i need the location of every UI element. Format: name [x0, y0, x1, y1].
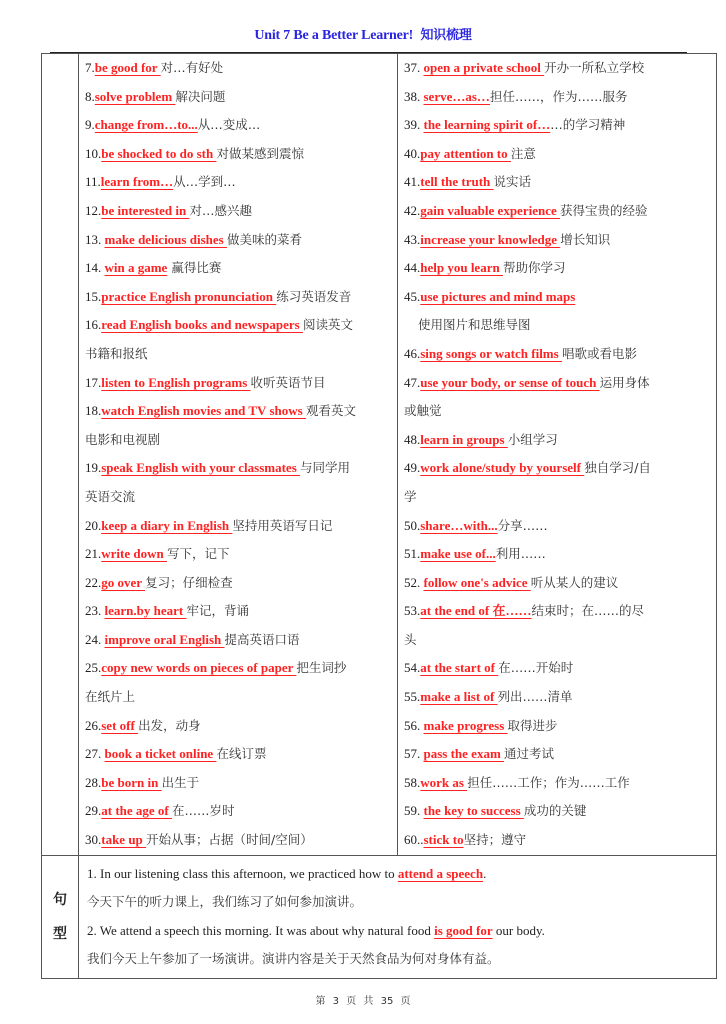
- phrase-item: 49.work alone/study by yourself 独自学习/自学: [404, 454, 712, 511]
- phrase-chinese: 坚持用英语写日记: [232, 518, 332, 533]
- phrase-number: 12.: [85, 203, 101, 218]
- phrase-english: set off: [101, 718, 138, 733]
- sentence-english: 2. We attend a speech this morning. It w…: [87, 917, 710, 946]
- phrase-number: 7.: [85, 60, 95, 75]
- phrase-chinese: 运用身体: [600, 375, 650, 390]
- phrase-chinese: 提高英语口语: [225, 632, 300, 647]
- phrase-english: watch English movies and TV shows: [101, 403, 306, 418]
- phrase-english: read English books and newspapers: [101, 317, 303, 332]
- phrase-item: 57. pass the exam 通过考试: [404, 740, 712, 769]
- phrase-item: 9.change from…to...从…变成…: [85, 111, 393, 140]
- phrase-number: 41.: [404, 174, 420, 189]
- phrase-chinese: 听从某人的建议: [531, 575, 619, 590]
- phrase-number: 57.: [404, 746, 424, 761]
- phrase-number: 49.: [404, 460, 420, 475]
- phrase-english: make a list of: [420, 689, 497, 704]
- phrase-english: at the start of: [420, 660, 498, 675]
- phrase-item: 41.tell the truth 说实话: [404, 168, 712, 197]
- phrase-number: 19.: [85, 460, 101, 475]
- phrase-item: 42.gain valuable experience 获得宝贵的经验: [404, 197, 712, 226]
- phrase-english: pass the exam: [424, 746, 505, 761]
- phrase-number: 17.: [85, 375, 101, 390]
- phrase-english: make progress: [424, 718, 508, 733]
- phrase-english: make use of...: [420, 546, 495, 561]
- phrase-item: 38. serve…as…担任……，作为……服务: [404, 83, 712, 112]
- phrase-item: 37. open a private school 开办一所私立学校: [404, 54, 712, 83]
- phrase-english: be interested in: [101, 203, 189, 218]
- phrase-english: serve…as…: [424, 89, 490, 104]
- phrase-number: 25.: [85, 660, 101, 675]
- phrase-item: 19.speak English with your classmates 与同…: [85, 454, 393, 511]
- phrase-number: 46.: [404, 346, 420, 361]
- phrase-item: 51.make use of...利用……: [404, 540, 712, 569]
- phrase-item: 8.solve problem 解决问题: [85, 83, 393, 112]
- phrase-english: take up: [101, 832, 146, 847]
- phrase-item: 23. learn.by heart 牢记，背诵: [85, 597, 393, 626]
- phrase-item: 7.be good for 对…有好处: [85, 54, 393, 83]
- phrase-chinese-continued: 在纸片上: [85, 683, 393, 712]
- phrase-chinese-continued: 电影和电视剧: [85, 426, 393, 455]
- phrase-number: 29.: [85, 803, 101, 818]
- phrase-item: 52. follow one's advice 听从某人的建议: [404, 569, 712, 598]
- phrase-english: win a game: [105, 260, 168, 275]
- phrase-number: 44.: [404, 260, 420, 275]
- phrase-item: 22.go over 复习；仔细检查: [85, 569, 393, 598]
- phrase-number: 54.: [404, 660, 420, 675]
- phrase-item: 45.use pictures and mind maps使用图片和思维导图: [404, 283, 712, 340]
- phrase-number: 59.: [404, 803, 424, 818]
- phrase-chinese: 说实话: [494, 174, 532, 189]
- phrase-english: practice English pronunciation: [101, 289, 276, 304]
- title-english: Unit 7 Be a Better Learner!: [254, 28, 413, 43]
- phrase-english: the key to success: [424, 803, 524, 818]
- phrase-chinese: 利用……: [496, 546, 546, 561]
- phrase-english: make delicious dishes: [105, 232, 227, 247]
- phrase-english: speak English with your classmates: [101, 460, 300, 475]
- phrases-left-column: 7.be good for 对…有好处8.solve problem 解决问题9…: [79, 54, 398, 856]
- phrase-item: 28.be born in 出生于: [85, 769, 393, 798]
- phrase-item: 17.listen to English programs 收听英语节目: [85, 369, 393, 398]
- phrase-number: 26.: [85, 718, 101, 733]
- phrase-item: 47.use your body, or sense of touch 运用身体…: [404, 369, 712, 426]
- phrase-chinese-continued: 使用图片和思维导图: [404, 311, 712, 340]
- phrase-number: 22.: [85, 575, 101, 590]
- phrase-number: 51.: [404, 546, 420, 561]
- phrase-chinese: 取得进步: [508, 718, 558, 733]
- phrase-number: 52.: [404, 575, 424, 590]
- phrase-chinese: 对…感兴趣: [189, 203, 252, 218]
- phrase-item: 16.read English books and newspapers 阅读英…: [85, 311, 393, 368]
- phrase-chinese: 开办一所私立学校: [544, 60, 644, 75]
- phrase-number: 20.: [85, 518, 101, 533]
- phrase-item: 26.set off 出发，动身: [85, 712, 393, 741]
- phrase-english: the learning spirit of…: [424, 117, 551, 132]
- phrase-english: improve oral English: [105, 632, 225, 647]
- page-footer: 第 3 页 共 35 页: [0, 992, 726, 1007]
- phrase-number: 45.: [404, 289, 420, 304]
- phrase-chinese: 练习英语发音: [276, 289, 351, 304]
- phrase-chinese: 帮助你学习: [503, 260, 566, 275]
- phrase-chinese: 在……开始时: [498, 660, 573, 675]
- phrase-number: 16.: [85, 317, 101, 332]
- phrase-number: 27.: [85, 746, 105, 761]
- phrase-chinese: 增长知识: [560, 232, 610, 247]
- phrase-item: 55.make a list of 列出……清单: [404, 683, 712, 712]
- phrase-item: 54.at the start of 在……开始时: [404, 654, 712, 683]
- phrase-chinese: 注意: [511, 146, 536, 161]
- phrase-chinese: 获得宝贵的经验: [560, 203, 648, 218]
- phrase-english: gain valuable experience: [420, 203, 560, 218]
- phrase-number: 40.: [404, 146, 420, 161]
- phrase-english: increase your knowledge: [420, 232, 560, 247]
- phrase-chinese: 牢记，背诵: [186, 603, 249, 618]
- phrase-english: pay attention to: [420, 146, 511, 161]
- phrase-chinese-continued: 或触觉: [404, 397, 712, 426]
- phrase-chinese: 坚持；遵守: [464, 832, 527, 847]
- phrase-chinese: 在线订票: [216, 746, 266, 761]
- phrase-chinese: 与同学用: [300, 460, 350, 475]
- phrase-number: 18.: [85, 403, 101, 418]
- phrase-number: 9.: [85, 117, 95, 132]
- phrase-chinese: 在……岁时: [172, 803, 235, 818]
- phrase-item: 40.pay attention to 注意: [404, 140, 712, 169]
- sentence-text: 1. In our listening class this afternoon…: [87, 866, 398, 881]
- phrase-english: at the end of 在……: [420, 603, 531, 618]
- phrase-chinese-continued: 书籍和报纸: [85, 340, 393, 369]
- phrase-item: 10.be shocked to do sth 对做某感到震惊: [85, 140, 393, 169]
- phrase-english: use your body, or sense of touch: [420, 375, 599, 390]
- phrase-item: 25.copy new words on pieces of paper 把生词…: [85, 654, 393, 711]
- sentence-text: our body.: [493, 923, 545, 938]
- phrase-number: 55.: [404, 689, 420, 704]
- sentences-label-cell: 句 型: [42, 855, 79, 978]
- phrase-chinese: …的学习精神: [550, 117, 625, 132]
- phrase-english: share…with...: [420, 518, 497, 533]
- phrase-english: learn.by heart: [105, 603, 187, 618]
- phrase-chinese: 从…变成…: [198, 117, 261, 132]
- phrase-chinese: 把生词抄: [296, 660, 346, 675]
- phrase-number: 60..: [404, 832, 424, 847]
- phrase-number: 11.: [85, 174, 101, 189]
- phrase-item: 43.increase your knowledge 增长知识: [404, 226, 712, 255]
- phrase-chinese: 独自学习/自: [584, 460, 651, 475]
- phrase-number: 43.: [404, 232, 420, 247]
- phrase-number: 24.: [85, 632, 105, 647]
- phrase-number: 39.: [404, 117, 424, 132]
- phrase-item: 18.watch English movies and TV shows 观看英…: [85, 397, 393, 454]
- phrase-number: 37.: [404, 60, 424, 75]
- phrase-chinese: 担任……，作为……服务: [490, 89, 628, 104]
- phrase-number: 53.: [404, 603, 420, 618]
- phrase-item: 20.keep a diary in English 坚持用英语写日记: [85, 512, 393, 541]
- phrase-number: 8.: [85, 89, 95, 104]
- phrase-chinese: 出生于: [162, 775, 200, 790]
- sentences-row: 句 型 1. In our listening class this after…: [42, 855, 717, 978]
- phrase-number: 10.: [85, 146, 101, 161]
- phrase-chinese: 赢得比赛: [167, 260, 221, 275]
- phrase-number: 48.: [404, 432, 420, 447]
- phrase-chinese: 结束时；在……的尽: [531, 603, 644, 618]
- phrase-number: 47.: [404, 375, 420, 390]
- sentences-label-char: 型: [42, 917, 78, 951]
- sentence-chinese: 我们今天上午参加了一场演讲。演讲内容是关于天然食品为何对身体有益。: [87, 945, 710, 974]
- phrase-english: tell the truth: [420, 174, 493, 189]
- phrase-english: sing songs or watch films: [420, 346, 562, 361]
- phrase-english: learn from…: [101, 174, 173, 189]
- phrase-number: 58.: [404, 775, 420, 790]
- phrase-chinese: 成功的关键: [524, 803, 587, 818]
- phrase-chinese: 解决问题: [175, 89, 225, 104]
- phrase-english: open a private school: [424, 60, 545, 75]
- title-chinese: 知识梳理: [420, 28, 471, 43]
- phrase-item: 27. book a ticket online 在线订票: [85, 740, 393, 769]
- knowledge-table: 7.be good for 对…有好处8.solve problem 解决问题9…: [41, 53, 717, 979]
- phrase-english: go over: [101, 575, 145, 590]
- phrase-item: 44.help you learn 帮助你学习: [404, 254, 712, 283]
- phrase-chinese: 做美味的菜肴: [227, 232, 302, 247]
- phrases-label-cell: [42, 54, 79, 856]
- phrases-right-column: 37. open a private school 开办一所私立学校38. se…: [398, 54, 717, 856]
- sentences-label-char: 句: [42, 883, 78, 917]
- phrase-item: 50.share…with...分享……: [404, 512, 712, 541]
- phrase-english: listen to English programs: [101, 375, 250, 390]
- phrase-chinese: 对…有好处: [161, 60, 224, 75]
- sentences-cell: 1. In our listening class this afternoon…: [79, 855, 717, 978]
- phrase-item: 14. win a game 赢得比赛: [85, 254, 393, 283]
- phrases-row: 7.be good for 对…有好处8.solve problem 解决问题9…: [42, 54, 717, 856]
- phrase-chinese-continued: 头: [404, 626, 712, 655]
- phrase-chinese: 唱歌或看电影: [562, 346, 637, 361]
- phrase-chinese: 从…学到…: [173, 174, 236, 189]
- sentence-text: .: [483, 866, 486, 881]
- phrase-english: work as: [420, 775, 467, 790]
- phrase-chinese: 分享……: [498, 518, 548, 533]
- phrase-item: 13. make delicious dishes 做美味的菜肴: [85, 226, 393, 255]
- phrase-item: 56. make progress 取得进步: [404, 712, 712, 741]
- page-title: Unit 7 Be a Better Learner! 知识梳理: [0, 24, 726, 44]
- sentence-highlight: attend a speech: [398, 866, 483, 881]
- phrase-number: 28.: [85, 775, 101, 790]
- phrase-item: 29.at the age of 在……岁时: [85, 797, 393, 826]
- phrase-english: copy new words on pieces of paper: [101, 660, 296, 675]
- phrase-english: be born in: [101, 775, 161, 790]
- phrase-number: 21.: [85, 546, 101, 561]
- phrase-item: 24. improve oral English 提高英语口语: [85, 626, 393, 655]
- phrase-english: be shocked to do sth: [101, 146, 216, 161]
- phrase-chinese: 出发，动身: [138, 718, 201, 733]
- phrase-item: 48.learn in groups 小组学习: [404, 426, 712, 455]
- phrase-number: 30.: [85, 832, 101, 847]
- phrase-chinese: 复习；仔细检查: [145, 575, 233, 590]
- phrase-english: solve problem: [95, 89, 176, 104]
- sentence-highlight: is good for: [434, 923, 493, 938]
- phrase-number: 50.: [404, 518, 420, 533]
- phrase-english: use pictures and mind maps: [420, 289, 575, 304]
- phrase-number: 42.: [404, 203, 420, 218]
- phrase-item: 58.work as 担任……工作；作为……工作: [404, 769, 712, 798]
- phrase-chinese: 阅读英文: [303, 317, 353, 332]
- phrase-item: 15.practice English pronunciation 练习英语发音: [85, 283, 393, 312]
- phrase-chinese: 小组学习: [508, 432, 558, 447]
- phrase-number: 23.: [85, 603, 105, 618]
- phrase-chinese: 对做某感到震惊: [216, 146, 304, 161]
- phrase-item: 53.at the end of 在……结束时；在……的尽头: [404, 597, 712, 654]
- sentence-chinese: 今天下午的听力课上，我们练习了如何参加演讲。: [87, 888, 710, 917]
- phrase-item: 21.write down 写下，记下: [85, 540, 393, 569]
- phrase-item: 46.sing songs or watch films 唱歌或看电影: [404, 340, 712, 369]
- phrase-chinese-continued: 英语交流: [85, 483, 393, 512]
- phrase-english: learn in groups: [420, 432, 508, 447]
- phrase-chinese-continued: 学: [404, 483, 712, 512]
- phrase-chinese: 通过考试: [504, 746, 554, 761]
- phrase-item: 59. the key to success 成功的关键: [404, 797, 712, 826]
- phrase-english: keep a diary in English: [101, 518, 232, 533]
- phrase-item: 60..stick to坚持；遵守: [404, 826, 712, 855]
- phrase-number: 13.: [85, 232, 105, 247]
- phrase-chinese: 收听英语节目: [251, 375, 326, 390]
- phrase-item: 39. the learning spirit of……的学习精神: [404, 111, 712, 140]
- phrase-english: be good for: [95, 60, 161, 75]
- phrase-english: write down: [101, 546, 167, 561]
- phrase-item: 12.be interested in 对…感兴趣: [85, 197, 393, 226]
- phrase-chinese: 开始从事；占据（时间/空间）: [146, 832, 313, 847]
- phrase-english: help you learn: [420, 260, 503, 275]
- phrase-number: 38.: [404, 89, 424, 104]
- phrase-chinese: 列出……清单: [498, 689, 573, 704]
- phrase-english: work alone/study by yourself: [420, 460, 584, 475]
- phrase-english: at the age of: [101, 803, 172, 818]
- phrase-item: 30.take up 开始从事；占据（时间/空间）: [85, 826, 393, 855]
- phrase-chinese: 担任……工作；作为……工作: [467, 775, 630, 790]
- sentence-english: 1. In our listening class this afternoon…: [87, 860, 710, 889]
- phrase-chinese: 观看英文: [306, 403, 356, 418]
- phrase-english: book a ticket online: [105, 746, 217, 761]
- sentence-text: 2. We attend a speech this morning. It w…: [87, 923, 434, 938]
- phrase-chinese: 写下，记下: [167, 546, 230, 561]
- phrase-number: 56.: [404, 718, 424, 733]
- phrase-english: stick to: [424, 832, 464, 847]
- phrase-number: 15.: [85, 289, 101, 304]
- phrase-english: follow one's advice: [424, 575, 531, 590]
- phrase-english: change from…to...: [95, 117, 198, 132]
- phrase-number: 14.: [85, 260, 105, 275]
- phrase-item: 11.learn from…从…学到…: [85, 168, 393, 197]
